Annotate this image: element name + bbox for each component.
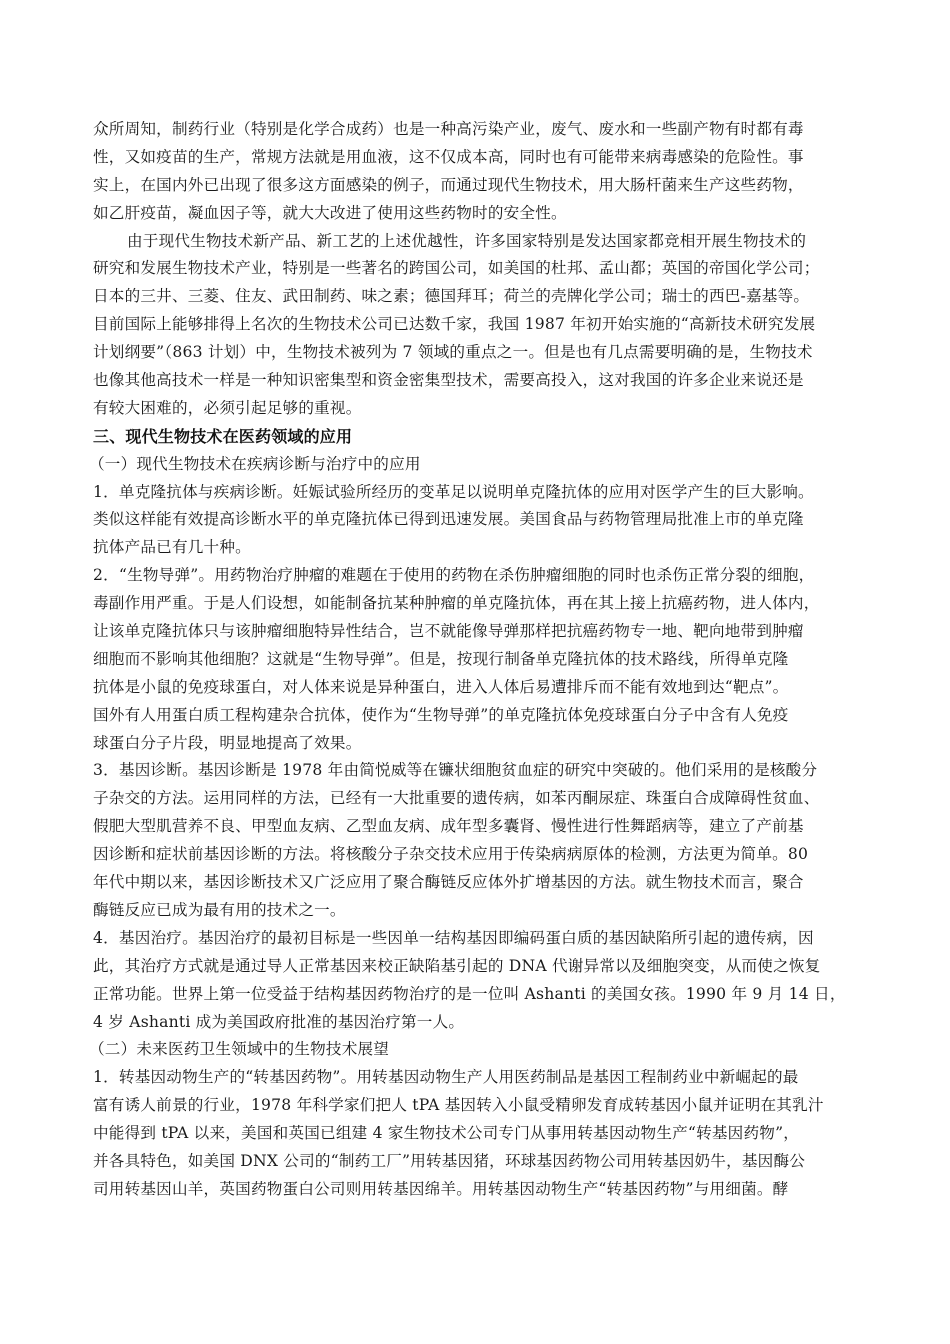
text-line: 细胞而不影响其他细胞？这就是“生物导弹”。但是，按现行制备单克隆抗体的技术路线，… (93, 646, 849, 674)
text-line: 1．转基因动物生产的“转基因药物”。用转基因动物生产人用医药制品是基因工程制药业… (93, 1064, 849, 1092)
text-line: 目前国际上能够排得上名次的生物技术公司已达数千家，我国 1987 年初开始实施的… (93, 311, 849, 339)
list-item-monoclonal-antibody: 1．单克隆抗体与疾病诊断。妊娠试验所经历的变革足以说明单克隆抗体的应用对医学产生… (93, 479, 849, 563)
subsection-title: （一）现代生物技术在疾病诊断与治疗中的应用 (89, 451, 849, 479)
text-line: 也像其他高技术一样是一种知识密集型和资金密集型技术，需要高投入，这对我国的许多企… (93, 367, 849, 395)
text-line: 4 岁 Ashanti 成为美国政府批准的基因治疗第一人。 (93, 1009, 849, 1037)
text-line: 抗体产品已有几十种。 (93, 534, 849, 562)
text-line: 众所周知，制药行业（特别是化学合成药）也是一种高污染产业，废气、废水和一些副产物… (93, 116, 849, 144)
text-line: 4．基因治疗。基因治疗的最初目标是一些因单一结构基因即编码蛋白质的基因缺陷所引起… (93, 925, 849, 953)
text-line: 并各具特色，如美国 DNX 公司的“制药工厂”用转基因猪，环球基因药物公司用转基… (93, 1148, 849, 1176)
paragraph-industry: 由于现代生物技术新产品、新工艺的上述优越性，许多国家特别是发达国家都竞相开展生物… (93, 228, 849, 423)
text-line: 此，其治疗方式就是通过导人正常基因来校正缺陷基引起的 DNA 代谢异常以及细胞突… (93, 953, 849, 981)
subsection-diagnosis-treatment: （一）现代生物技术在疾病诊断与治疗中的应用 1．单克隆抗体与疾病诊断。妊娠试验所… (93, 451, 849, 1037)
text-line: 国外有人用蛋白质工程构建杂合抗体，使作为“生物导弹”的单克隆抗体免疫球蛋白分子中… (93, 702, 849, 730)
text-line: 正常功能。世界上第一位受益于结构基因药物治疗的是一位叫 Ashanti 的美国女… (93, 981, 849, 1009)
paragraph-intro: 众所周知，制药行业（特别是化学合成药）也是一种高污染产业，废气、废水和一些副产物… (93, 116, 849, 228)
text-line: 酶链反应已成为最有用的技术之一。 (93, 897, 849, 925)
text-line: 年代中期以来，基因诊断技术又广泛应用了聚合酶链反应体外扩增基因的方法。就生物技术… (93, 869, 849, 897)
list-item-gene-therapy: 4．基因治疗。基因治疗的最初目标是一些因单一结构基因即编码蛋白质的基因缺陷所引起… (93, 925, 849, 1037)
text-line: 2．“生物导弹”。用药物治疗肿瘤的难题在于使用的药物在杀伤肿瘤细胞的同时也杀伤正… (93, 562, 849, 590)
text-line: 因诊断和症状前基因诊断的方法。将核酸分子杂交技术应用于传染病病原体的检测，方法更… (93, 841, 849, 869)
text-line: 毒副作用严重。于是人们设想，如能制备抗某种肿瘤的单克隆抗体，再在其上接上抗癌药物… (93, 590, 849, 618)
text-line: 富有诱人前景的行业，1978 年科学家们把人 tPA 基因转入小鼠受精卵发育成转… (93, 1092, 849, 1120)
text-line: 如乙肝疫苗，凝血因子等，就大大改进了使用这些药物时的安全性。 (93, 200, 849, 228)
text-line: 子杂交的方法。运用同样的方法，已经有一大批重要的遗传病，如苯丙酮尿症、珠蛋白合成… (93, 785, 849, 813)
text-line: 由于现代生物技术新产品、新工艺的上述优越性，许多国家特别是发达国家都竞相开展生物… (93, 228, 849, 256)
list-item-biological-missile: 2．“生物导弹”。用药物治疗肿瘤的难题在于使用的药物在杀伤肿瘤细胞的同时也杀伤正… (93, 562, 849, 757)
list-item-transgenic-drugs: 1．转基因动物生产的“转基因药物”。用转基因动物生产人用医药制品是基因工程制药业… (93, 1064, 849, 1203)
text-line: 性，又如疫苗的生产，常规方法就是用血液，这不仅成本高，同时也有可能带来病毒感染的… (93, 144, 849, 172)
text-line: 实上，在国内外已出现了很多这方面感染的例子，而通过现代生物技术，用大肠杆菌来生产… (93, 172, 849, 200)
text-line: 有较大困难的，必须引起足够的重视。 (93, 395, 849, 423)
subsection-title: （二）未来医药卫生领域中的生物技术展望 (89, 1036, 849, 1064)
list-item-gene-diagnosis: 3．基因诊断。基因诊断是 1978 年由简悦威等在镰状细胞贫血症的研究中突破的。… (93, 757, 849, 924)
subsection-future-outlook: （二）未来医药卫生领域中的生物技术展望 1．转基因动物生产的“转基因药物”。用转… (93, 1036, 849, 1203)
text-line: 类似这样能有效提高诊断水平的单克隆抗体已得到迅速发展。美国食品与药物管理局批准上… (93, 506, 849, 534)
document-page: 众所周知，制药行业（特别是化学合成药）也是一种高污染产业，废气、废水和一些副产物… (93, 116, 849, 1204)
text-line: 抗体是小鼠的免疫球蛋白，对人体来说是异种蛋白，进入人体后易遭排斥而不能有效地到达… (93, 674, 849, 702)
text-line: 司用转基因山羊，英国药物蛋白公司则用转基因绵羊。用转基因动物生产“转基因药物”与… (93, 1176, 849, 1204)
text-line: 让该单克隆抗体只与该肿瘤细胞特异性结合，岂不就能像导弹那样把抗癌药物专一地、靶向… (93, 618, 849, 646)
text-line: 研究和发展生物技术产业，特别是一些著名的跨国公司，如美国的杜邦、孟山都；英国的帝… (93, 255, 849, 283)
text-line: 1．单克隆抗体与疾病诊断。妊娠试验所经历的变革足以说明单克隆抗体的应用对医学产生… (93, 479, 849, 507)
text-line: 3．基因诊断。基因诊断是 1978 年由简悦威等在镰状细胞贫血症的研究中突破的。… (93, 757, 849, 785)
section-heading: 三、现代生物技术在医药领域的应用 (93, 423, 849, 451)
text-line: 球蛋白分子片段，明显地提高了效果。 (93, 730, 849, 758)
text-line: 计划纲要”（863 计划）中，生物技术被列为 7 领域的重点之一。但是也有几点需… (93, 339, 849, 367)
text-line: 中能得到 tPA 以来，美国和英国已组建 4 家生物技术公司专门从事用转基因动物… (93, 1120, 849, 1148)
text-line: 日本的三井、三菱、住友、武田制药、味之素；德国拜耳；荷兰的壳牌化学公司；瑞士的西… (93, 283, 849, 311)
text-line: 假肥大型肌营养不良、甲型血友病、乙型血友病、成年型多囊肾、慢性进行性舞蹈病等，建… (93, 813, 849, 841)
